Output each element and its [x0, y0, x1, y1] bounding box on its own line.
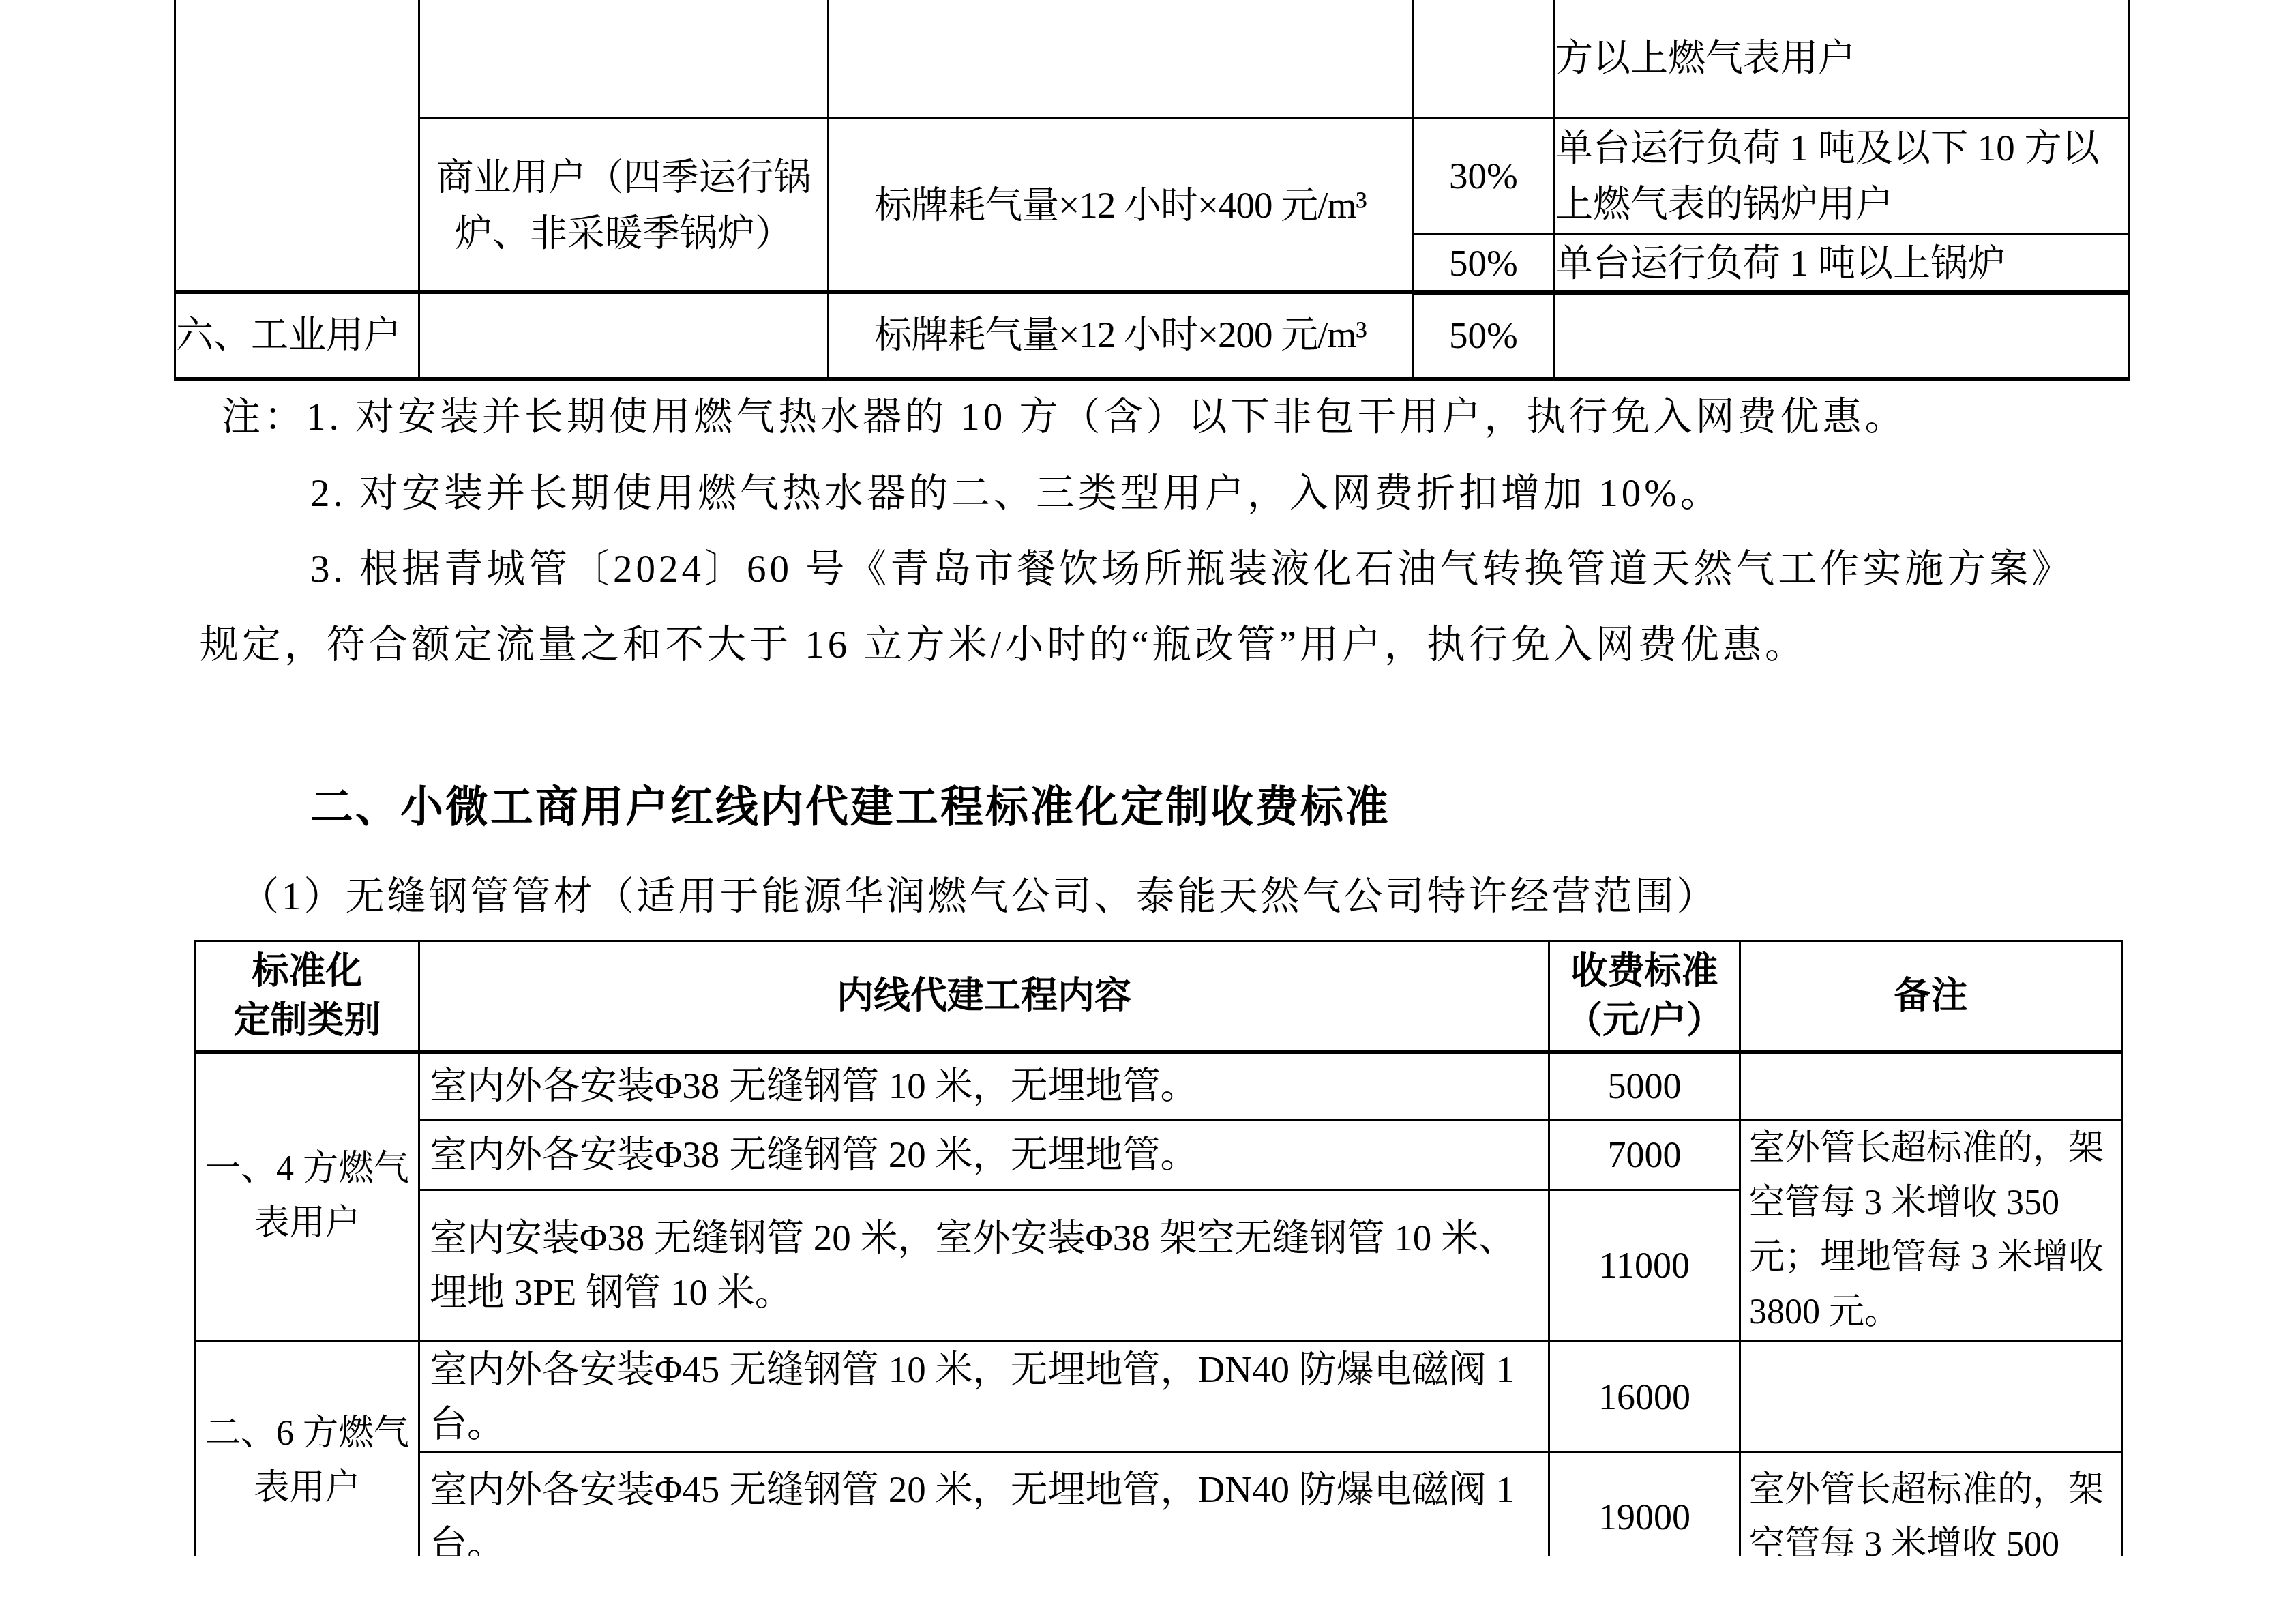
category-6m3: 二、6 方燃气表用户 [196, 1341, 419, 1556]
table-row: 商业用户（四季运行锅炉、非采暖季锅炉） 标牌耗气量×12 小时×400 元/m³… [175, 117, 2129, 234]
work-content-cell: 室内外各安装Φ38 无缝钢管 20 米，无埋地管。 [419, 1120, 1549, 1190]
fee-cell: 7000 [1549, 1120, 1740, 1190]
work-content-cell: 室内安装Φ38 无缝钢管 20 米，室外安装Φ38 架空无缝钢管 10 米、埋地… [419, 1190, 1549, 1341]
table-row: 二、6 方燃气表用户 室内外各安装Φ45 无缝钢管 10 米，无埋地管，DN40… [196, 1341, 2122, 1453]
category-4m3: 一、4 方燃气表用户 [196, 1052, 419, 1341]
empty-cell [1555, 293, 2129, 379]
header-content: 内线代建工程内容 [419, 941, 1549, 1052]
empty-cell [829, 0, 1413, 117]
commercial-user-cell: 商业用户（四季运行锅炉、非采暖季锅炉） [419, 117, 829, 293]
note-line-1: 注：1. 对安装并长期使用燃气热水器的 10 方（含）以下非包干用户，执行免入网… [222, 394, 1907, 441]
category-cell-empty [175, 0, 419, 293]
work-content-cell: 室内外各安装Φ45 无缝钢管 10 米，无埋地管，DN40 防爆电磁阀 1 台。 [419, 1341, 1549, 1453]
standardized-fee-table: 标准化 定制类别 内线代建工程内容 收费标准 （元/户） 备注 一、4 方燃气表… [194, 940, 2123, 1556]
formula-200-cell: 标牌耗气量×12 小时×200 元/m³ [829, 293, 1413, 379]
fee-cell: 11000 [1549, 1190, 1740, 1341]
remark-group-6m3: 室外管长超标准的，架空管每 3 米增收 500 [1740, 1452, 2122, 1556]
table-row: 室内外各安装Φ38 无缝钢管 20 米，无埋地管。 7000 室外管长超标准的，… [196, 1120, 2122, 1190]
empty-cell [1413, 0, 1555, 117]
table-row: 六、工业用户 标牌耗气量×12 小时×200 元/m³ 50% [175, 293, 2129, 379]
note-line-2: 2. 对安装并长期使用燃气热水器的二、三类型用户，入网费折扣增加 10%。 [310, 471, 1723, 517]
table-row: 室内外各安装Φ45 无缝钢管 20 米，无埋地管，DN40 防爆电磁阀 1 台。… [196, 1452, 2122, 1556]
section-subheading: （1）无缝钢管管材（适用于能源华润燃气公司、泰能天然气公司特许经营范围） [240, 865, 1718, 921]
discount-30-cell: 30% [1413, 117, 1555, 234]
table-row: 方以上燃气表用户 [175, 0, 2129, 117]
header-category: 标准化 定制类别 [196, 941, 419, 1052]
industrial-discount-cell: 50% [1413, 293, 1555, 379]
note-line-4: 规定，符合额定流量之和不大于 16 立方米/小时的“瓶改管”用户，执行免入网费优… [200, 622, 1807, 668]
section-heading: 二、小微工商用户红线内代建工程标准化定制收费标准 [310, 772, 1390, 834]
discount-50-cell: 50% [1413, 234, 1555, 293]
remark-cell [1740, 1052, 2122, 1120]
table-row: 一、4 方燃气表用户 室内外各安装Φ38 无缝钢管 10 米，无埋地管。 500… [196, 1052, 2122, 1120]
boiler-large-cell: 单台运行负荷 1 吨以上锅炉 [1555, 234, 2129, 293]
empty-cell [419, 293, 829, 379]
document-page: 方以上燃气表用户 商业用户（四季运行锅炉、非采暖季锅炉） 标牌耗气量×12 小时… [0, 0, 2296, 1624]
fee-table-clip-region: 标准化 定制类别 内线代建工程内容 收费标准 （元/户） 备注 一、4 方燃气表… [194, 940, 2124, 1556]
industrial-user-cell: 六、工业用户 [175, 293, 419, 379]
fee-cell: 19000 [1549, 1452, 1740, 1556]
work-content-cell: 室内外各安装Φ38 无缝钢管 10 米，无埋地管。 [419, 1052, 1549, 1120]
clipped-continuation-text: 方以上燃气表用户 [1555, 0, 2129, 117]
table-header-row: 标准化 定制类别 内线代建工程内容 收费标准 （元/户） 备注 [196, 941, 2122, 1052]
fee-cell: 16000 [1549, 1341, 1740, 1453]
remark-cell [1740, 1341, 2122, 1453]
thick-divider-line [174, 290, 2128, 293]
network-fee-table: 方以上燃气表用户 商业用户（四季运行锅炉、非采暖季锅炉） 标牌耗气量×12 小时… [174, 0, 2130, 381]
boiler-small-cell: 单台运行负荷 1 吨及以下 10 方以上燃气表的锅炉用户 [1555, 117, 2129, 234]
header-remark: 备注 [1740, 941, 2122, 1052]
work-content-cell: 室内外各安装Φ45 无缝钢管 20 米，无埋地管，DN40 防爆电磁阀 1 台。 [419, 1452, 1549, 1556]
header-fee: 收费标准 （元/户） [1549, 941, 1740, 1052]
remark-group-4m3: 室外管长超标准的，架空管每 3 米增收 350 元；埋地管每 3 米增收 380… [1740, 1120, 2122, 1341]
formula-400-cell: 标牌耗气量×12 小时×400 元/m³ [829, 117, 1413, 293]
fee-cell: 5000 [1549, 1052, 1740, 1120]
note-line-3: 3. 根据青城管〔2024〕60 号《青岛市餐饮场所瓶装液化石油气转换管道天然气… [310, 546, 2074, 593]
empty-cell [419, 0, 829, 117]
